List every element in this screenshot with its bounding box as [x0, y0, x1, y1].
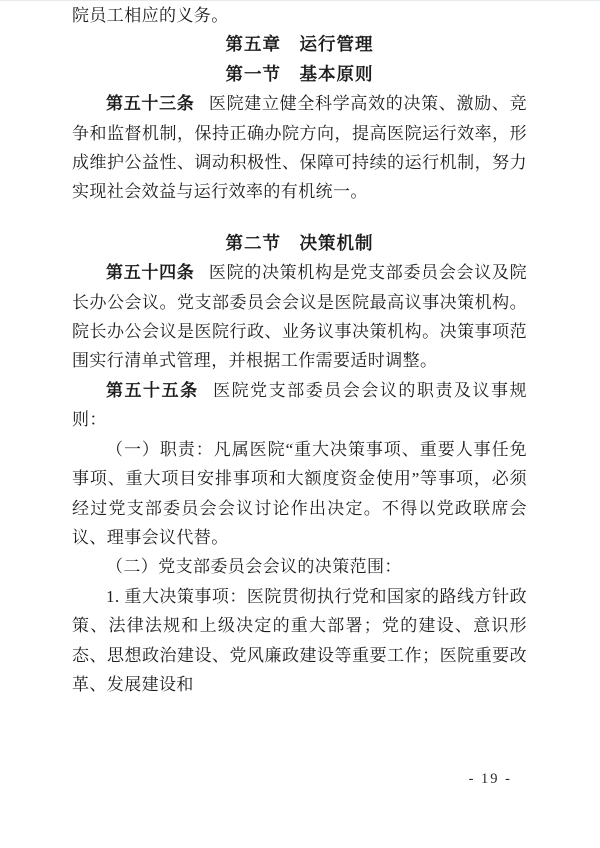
continuation-paragraph: 院员工相应的义务。 [72, 1, 527, 30]
document-body: 院员工相应的义务。 第五章 运行管理 第一节 基本原则 第五十三条医院建立健全科… [72, 1, 527, 699]
article-53-number: 第五十三条 [106, 94, 194, 113]
clause-item-1-major-decisions: 1. 重大决策事项：医院贯彻执行党和国家的路线方针政策、法律法规和上级决定的重大… [72, 582, 527, 700]
page-number: - 19 - [469, 771, 512, 788]
article-54-number: 第五十四条 [106, 263, 194, 282]
section-heading-basic-principles: 第一节 基本原则 [72, 60, 527, 89]
article-54: 第五十四条医院的决策机构是党支部委员会会议及院长办公会议。党支部委员会会议是医院… [72, 258, 527, 376]
article-55: 第五十五条医院党支部委员会会议的职责及议事规则： [72, 376, 527, 435]
clause-1-duties: （一）职责：凡属医院“重大决策事项、重要人事任免事项、重大项目安排事项和大额度资… [72, 435, 527, 553]
section-heading-decision-mechanism: 第二节 决策机制 [72, 229, 527, 258]
clause-2-decision-scope: （二）党支部委员会会议的决策范围： [72, 552, 527, 581]
article-55-number: 第五十五条 [106, 381, 199, 400]
article-53: 第五十三条医院建立健全科学高效的决策、激励、竞争和监督机制，保持正确办院方向，提… [72, 89, 527, 207]
chapter-heading: 第五章 运行管理 [72, 30, 527, 59]
document-page: 院员工相应的义务。 第五章 运行管理 第一节 基本原则 第五十三条医院建立健全科… [0, 0, 600, 848]
